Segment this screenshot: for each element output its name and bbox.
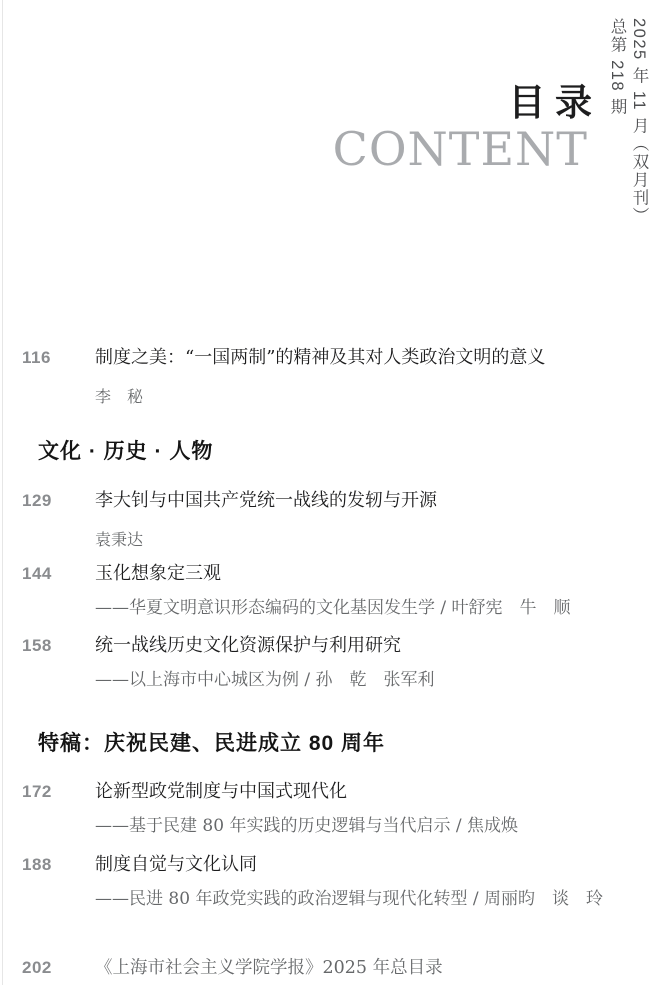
article-subtitle-authors: ——以上海市中心城区为例 / 孙 乾 张军利 [95,668,638,692]
entry-body: 李大钊与中国共产党统一战线的发轫与开源袁秉达 [95,488,638,551]
article-title: 论新型政党制度与中国式现代化 [95,779,638,805]
toc-entry: 202《上海市社会主义学院学报》2025 年总目录 [22,955,638,981]
article-title: 《上海市社会主义学院学报》2025 年总目录 [95,955,638,981]
masthead: 目录 CONTENT [333,82,592,174]
entry-body: 玉化想象定三观——华夏文明意识形态编码的文化基因发生学 / 叶舒宪 牛 顺 [95,561,638,620]
toc-entry: 116制度之美：“一国两制”的精神及其对人类政治文明的意义李 秘 [22,345,638,408]
toc-entry: 188制度自觉与文化认同——民进 80 年政党实践的政治逻辑与现代化转型 / 周… [22,852,638,911]
article-title: 李大钊与中国共产党统一战线的发轫与开源 [95,488,638,514]
issue-date: 2025 年 11 月（双月刊） [628,18,650,278]
toc-entry: 144玉化想象定三观——华夏文明意识形态编码的文化基因发生学 / 叶舒宪 牛 顺 [22,561,638,620]
toc-list: 116制度之美：“一国两制”的精神及其对人类政治文明的意义李 秘文化 · 历史 … [0,345,656,981]
page-number: 158 [22,633,95,656]
article-author: 袁秉达 [95,529,638,551]
page-number: 129 [22,488,95,511]
page-number: 172 [22,779,95,802]
article-author: 李 秘 [95,386,638,408]
toc-entry: 172论新型政党制度与中国式现代化——基于民建 80 年实践的历史逻辑与当代启示… [22,779,638,838]
issue-number: 总第 218 期 [606,18,628,278]
article-title: 制度之美：“一国两制”的精神及其对人类政治文明的意义 [95,345,638,371]
page-number: 144 [22,561,95,584]
entry-body: 《上海市社会主义学院学报》2025 年总目录 [95,955,638,981]
section-header: 特稿：庆祝民建、民进成立 80 周年 [38,730,638,758]
article-title: 玉化想象定三观 [95,561,638,587]
toc-entry: 129李大钊与中国共产党统一战线的发轫与开源袁秉达 [22,488,638,551]
entry-body: 论新型政党制度与中国式现代化——基于民建 80 年实践的历史逻辑与当代启示 / … [95,779,638,838]
toc-entry: 158统一战线历史文化资源保护与利用研究——以上海市中心城区为例 / 孙 乾 张… [22,633,638,692]
page-number: 116 [22,345,95,368]
article-subtitle-authors: ——民进 80 年政党实践的政治逻辑与现代化转型 / 周丽昀 谈 玲 [95,887,638,911]
entry-body: 制度自觉与文化认同——民进 80 年政党实践的政治逻辑与现代化转型 / 周丽昀 … [95,852,638,911]
article-subtitle-authors: ——基于民建 80 年实践的历史逻辑与当代启示 / 焦成焕 [95,814,638,838]
article-subtitle-authors: ——华夏文明意识形态编码的文化基因发生学 / 叶舒宪 牛 顺 [95,596,638,620]
toc-title-english: CONTENT [333,124,588,174]
article-title: 制度自觉与文化认同 [95,852,638,878]
page-number: 202 [22,955,95,978]
entry-body: 统一战线历史文化资源保护与利用研究——以上海市中心城区为例 / 孙 乾 张军利 [95,633,638,692]
toc-title-chinese: 目录 [333,82,602,122]
issue-info-vertical: 2025 年 11 月（双月刊） 总第 218 期 [606,18,650,278]
section-header: 文化 · 历史 · 人物 [38,438,638,466]
entry-body: 制度之美：“一国两制”的精神及其对人类政治文明的意义李 秘 [95,345,638,408]
page-number: 188 [22,852,95,875]
article-title: 统一战线历史文化资源保护与利用研究 [95,633,638,659]
